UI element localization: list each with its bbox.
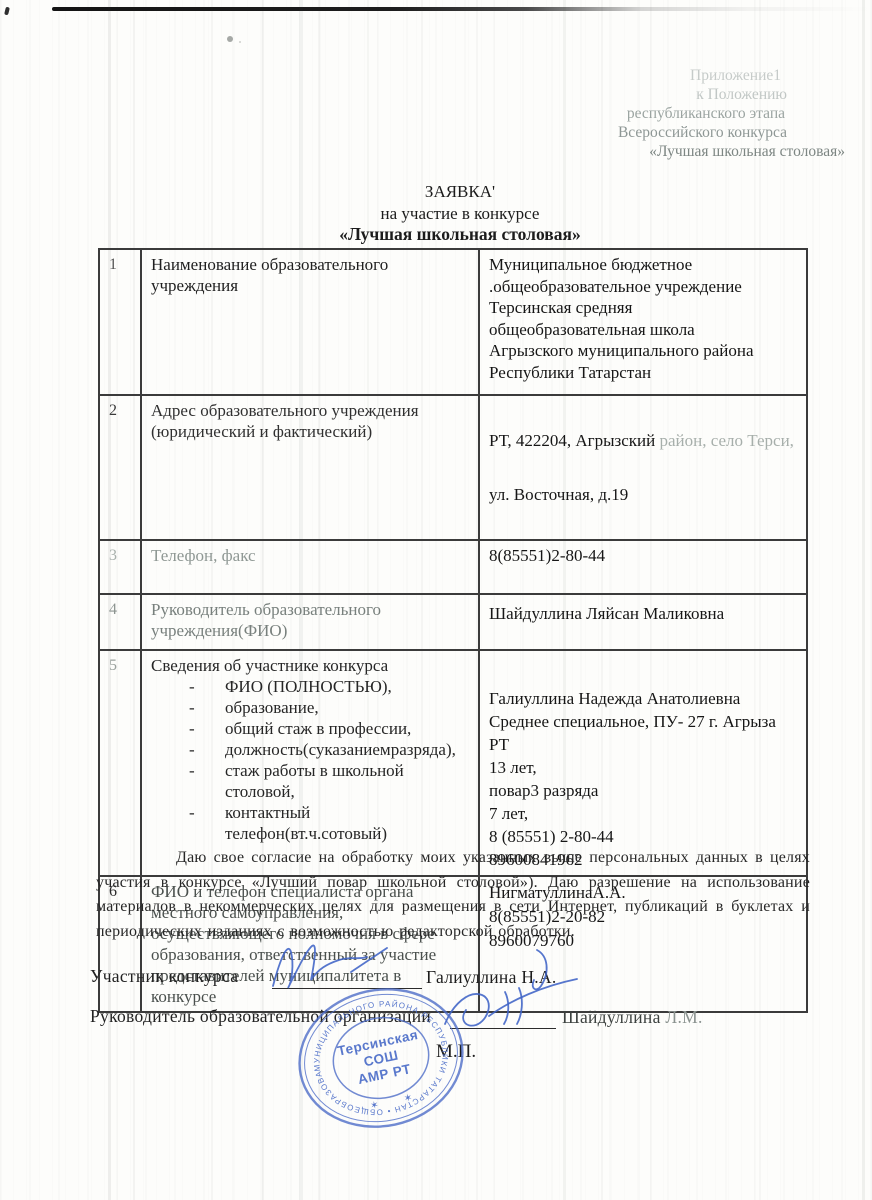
list-item: -общий стаж в профессии,	[151, 718, 470, 739]
list-item-text: образование,	[191, 697, 319, 718]
participant-info-intro: Сведения об участнике конкурса	[151, 655, 470, 676]
list-item-text: стаж работы в школьной столовой,	[191, 760, 470, 802]
scan-mark	[4, 7, 10, 16]
signature-name: Шайдуллина Л.М.	[562, 1007, 703, 1028]
participant-signature-row: Участник конкурса Галиуллина Н.А.	[90, 966, 650, 992]
list-item-text: должность(суказаниемразряда),	[191, 739, 456, 760]
corner-note-line: Приложение1	[618, 66, 781, 85]
list-item: -стаж работы в школьной столовой,	[151, 760, 470, 802]
address-line2: ул. Восточная, д.19	[489, 481, 798, 508]
corner-note-line: «Лучшая школьная столовая»	[618, 142, 845, 161]
row-label: Наименование образовательного учреждения	[141, 249, 479, 395]
table-row: 3 Телефон, факс 8(85551)2-80-44	[99, 540, 807, 594]
corner-note: Приложение1 к Положению республиканского…	[618, 66, 845, 161]
row-value: Муниципальное бюджетное .общеобразовател…	[479, 249, 807, 395]
bullet-dash: -	[189, 697, 195, 718]
mp-label: М.П.	[436, 1041, 476, 1063]
signature-line	[272, 988, 422, 989]
list-item-text: общий стаж в профессии,	[191, 718, 411, 739]
list-item: -контактный телефон(вт.ч.сотовый)	[151, 802, 470, 844]
stamp-center-line3: АМР РТ	[357, 1061, 413, 1087]
bullet-dash: -	[189, 718, 195, 739]
corner-note-line: республиканского этапа	[618, 104, 785, 123]
signature-line	[450, 1028, 556, 1029]
signature-label: Руководитель образовательной организации	[90, 1006, 431, 1027]
list-item: -образование,	[151, 697, 470, 718]
title-line-3: «Лучшая школьная столовая»	[98, 224, 822, 246]
row-value: Шайдуллина Ляйсан Маликовна	[479, 594, 807, 650]
row-label: Адрес образовательного учреждения (юриди…	[141, 395, 479, 540]
row-value: 8(85551)2-80-44	[479, 540, 807, 594]
document-title: ЗАЯВКА' на участие в конкурсе «Лучшая шк…	[98, 181, 822, 246]
signature-name: Галиуллина Н.А.	[426, 967, 557, 988]
row-label: Руководитель образовательного учреждения…	[141, 594, 479, 650]
consent-paragraph: Даю свое согласие на обработку моих указ…	[96, 846, 810, 944]
list-item: -ФИО (ПОЛНОСТЬЮ),	[151, 676, 470, 697]
head-signature-row: Руководитель образовательной организации…	[90, 1006, 790, 1032]
corner-note-line: к Положению	[618, 85, 787, 104]
row-value: РТ, 422204, Агрызский район, село Терси,…	[479, 395, 807, 540]
row-number: 3	[99, 540, 141, 594]
scan-streak	[862, 0, 865, 1200]
table-row: 2 Адрес образовательного учреждения (юри…	[99, 395, 807, 540]
bullet-dash: -	[189, 739, 195, 760]
row-value: Галиуллина Надежда Анатолиевна Среднее с…	[479, 650, 807, 876]
scan-edge-line	[52, 7, 870, 11]
title-line-1: ЗАЯВКА'	[98, 181, 822, 203]
row-label: Телефон, факс	[141, 540, 479, 594]
address-faded: район, село Терси,	[659, 431, 793, 450]
stamp-center-line2: СОШ	[362, 1048, 399, 1070]
row-number: 1	[99, 249, 141, 395]
title-line-2: на участие в конкурсе	[98, 203, 822, 225]
row-number: 4	[99, 594, 141, 650]
list-item: -должность(суказаниемразряда),	[151, 739, 470, 760]
list-item-text: ФИО (ПОЛНОСТЬЮ),	[191, 676, 392, 697]
stamp-stars: ✶✶	[369, 1087, 439, 1112]
corner-note-line: Всероссийского конкурса	[618, 123, 787, 142]
signature-name-initials: Л.М.	[661, 1007, 703, 1027]
row-number: 5	[99, 650, 141, 876]
table-row: 5 Сведения об участнике конкурса -ФИО (П…	[99, 650, 807, 876]
scan-dot	[227, 36, 233, 42]
signature-label: Участник конкурса	[90, 966, 238, 987]
row-number: 2	[99, 395, 141, 540]
bullet-dash: -	[189, 760, 195, 781]
scanned-application-page: Приложение1 к Положению республиканского…	[0, 0, 872, 1200]
list-item-text: контактный телефон(вт.ч.сотовый)	[191, 802, 470, 844]
bullet-dash: -	[189, 676, 195, 697]
address-main: РТ, 422204, Агрызский	[489, 431, 659, 450]
bullet-dash: -	[189, 802, 195, 823]
row-label: Сведения об участнике конкурса -ФИО (ПОЛ…	[141, 650, 479, 876]
table-row: 1 Наименование образовательного учрежден…	[99, 249, 807, 395]
table-row: 4 Руководитель образовательного учрежден…	[99, 594, 807, 650]
